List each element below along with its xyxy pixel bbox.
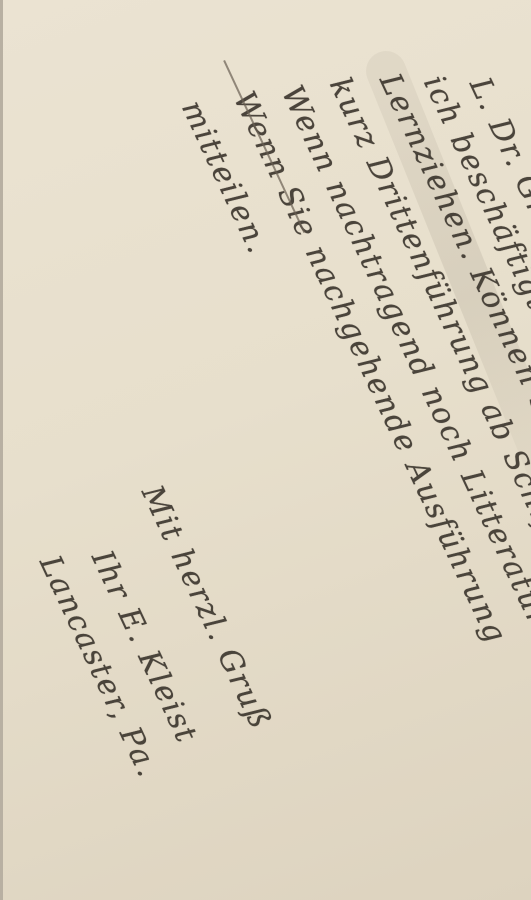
card-left-edge xyxy=(0,0,3,900)
